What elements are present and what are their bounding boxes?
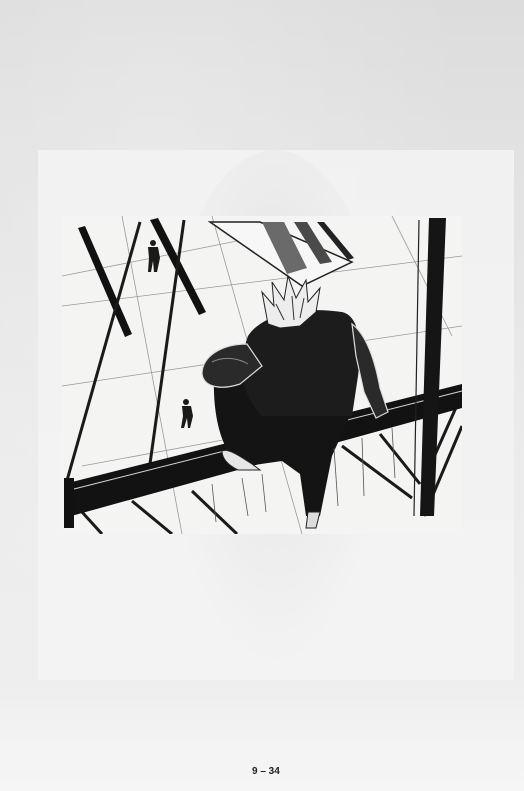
vertical-pole xyxy=(414,218,446,516)
background-beams xyxy=(78,218,206,337)
manga-panel xyxy=(62,216,462,534)
scanned-page: 9 – 34 xyxy=(0,0,524,791)
page-footer-area xyxy=(0,700,524,791)
panel-illustration xyxy=(62,216,462,534)
distant-figure xyxy=(148,240,160,272)
rooftop-structure xyxy=(210,222,354,286)
distant-figures xyxy=(148,240,193,428)
suspension-cables xyxy=(66,220,184,484)
distant-figure xyxy=(181,399,193,428)
seated-man xyxy=(202,276,388,528)
page-number: 9 – 34 xyxy=(252,766,280,777)
